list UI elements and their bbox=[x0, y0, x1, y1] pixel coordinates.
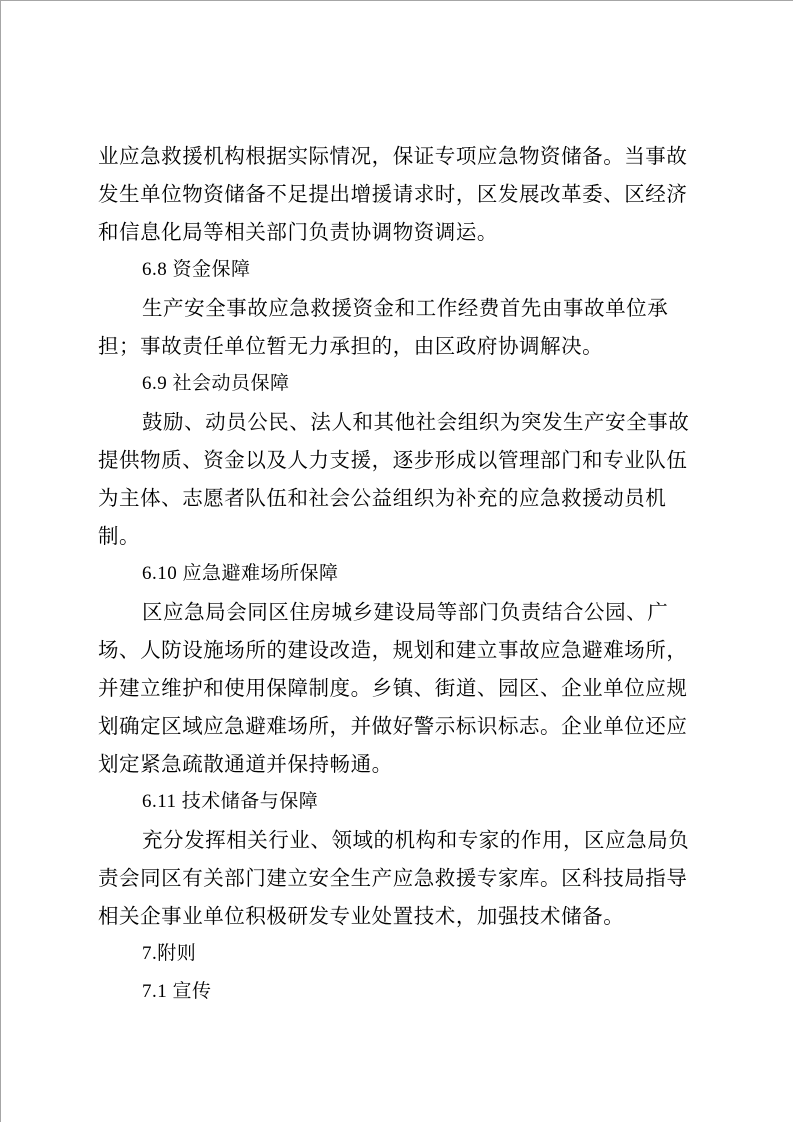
text-line: 业应急救援机构根据实际情况，保证专项应急物资储备。当事故 bbox=[98, 137, 698, 175]
text-line: 和信息化局等相关部门负责协调物资调运。 bbox=[98, 213, 698, 251]
text-line: 场、人防设施场所的建设改造，规划和建立事故应急避难场所， bbox=[98, 631, 698, 669]
text-line: 并建立维护和使用保障制度。乡镇、街道、园区、企业单位应规 bbox=[98, 669, 698, 707]
text-line: 生产安全事故应急救援资金和工作经费首先由事故单位承 bbox=[98, 289, 698, 327]
paragraph-technical-support: 充分发挥相关行业、领域的机构和专家的作用，区应急局负 责会同区有关部门建立安全生… bbox=[98, 821, 698, 935]
paragraph-shelter-support: 区应急局会同区住房城乡建设局等部门负责结合公园、广 场、人防设施场所的建设改造，… bbox=[98, 593, 698, 783]
text-line: 鼓励、动员公民、法人和其他社会组织为突发生产安全事故 bbox=[98, 403, 698, 441]
text-line: 担；事故责任单位暂无力承担的，由区政府协调解决。 bbox=[98, 327, 698, 365]
text-line: 提供物质、资金以及人力支援，逐步形成以管理部门和专业队伍 bbox=[98, 441, 698, 479]
section-heading-6-11: 6.11 技术储备与保障 bbox=[98, 783, 698, 821]
paragraph-funding-support: 生产安全事故应急救援资金和工作经费首先由事故单位承 担；事故责任单位暂无力承担的… bbox=[98, 289, 698, 365]
section-heading-7-1: 7.1 宣传 bbox=[98, 973, 698, 1011]
text-line: 区应急局会同区住房城乡建设局等部门负责结合公园、广 bbox=[98, 593, 698, 631]
text-line: 充分发挥相关行业、领域的机构和专家的作用，区应急局负 bbox=[98, 821, 698, 859]
text-line: 发生单位物资储备不足提出增援请求时，区发展改革委、区经济 bbox=[98, 175, 698, 213]
section-heading-6-9: 6.9 社会动员保障 bbox=[98, 365, 698, 403]
paragraph-material-support: 业应急救援机构根据实际情况，保证专项应急物资储备。当事故 发生单位物资储备不足提… bbox=[98, 137, 698, 251]
text-line: 责会同区有关部门建立安全生产应急救援专家库。区科技局指导 bbox=[98, 859, 698, 897]
section-heading-6-10: 6.10 应急避难场所保障 bbox=[98, 555, 698, 593]
text-line: 制。 bbox=[98, 517, 698, 555]
section-heading-6-8: 6.8 资金保障 bbox=[98, 251, 698, 289]
text-line: 划确定区域应急避难场所，并做好警示标识标志。企业单位还应 bbox=[98, 707, 698, 745]
text-line: 为主体、志愿者队伍和社会公益组织为补充的应急救援动员机 bbox=[98, 479, 698, 517]
section-heading-7: 7.附则 bbox=[98, 935, 698, 973]
text-line: 划定紧急疏散通道并保持畅通。 bbox=[98, 745, 698, 783]
text-line: 相关企事业单位积极研发专业处置技术，加强技术储备。 bbox=[98, 897, 698, 935]
paragraph-social-mobilization: 鼓励、动员公民、法人和其他社会组织为突发生产安全事故 提供物质、资金以及人力支援… bbox=[98, 403, 698, 555]
document-page: 业应急救援机构根据实际情况，保证专项应急物资储备。当事故 发生单位物资储备不足提… bbox=[98, 137, 698, 1011]
